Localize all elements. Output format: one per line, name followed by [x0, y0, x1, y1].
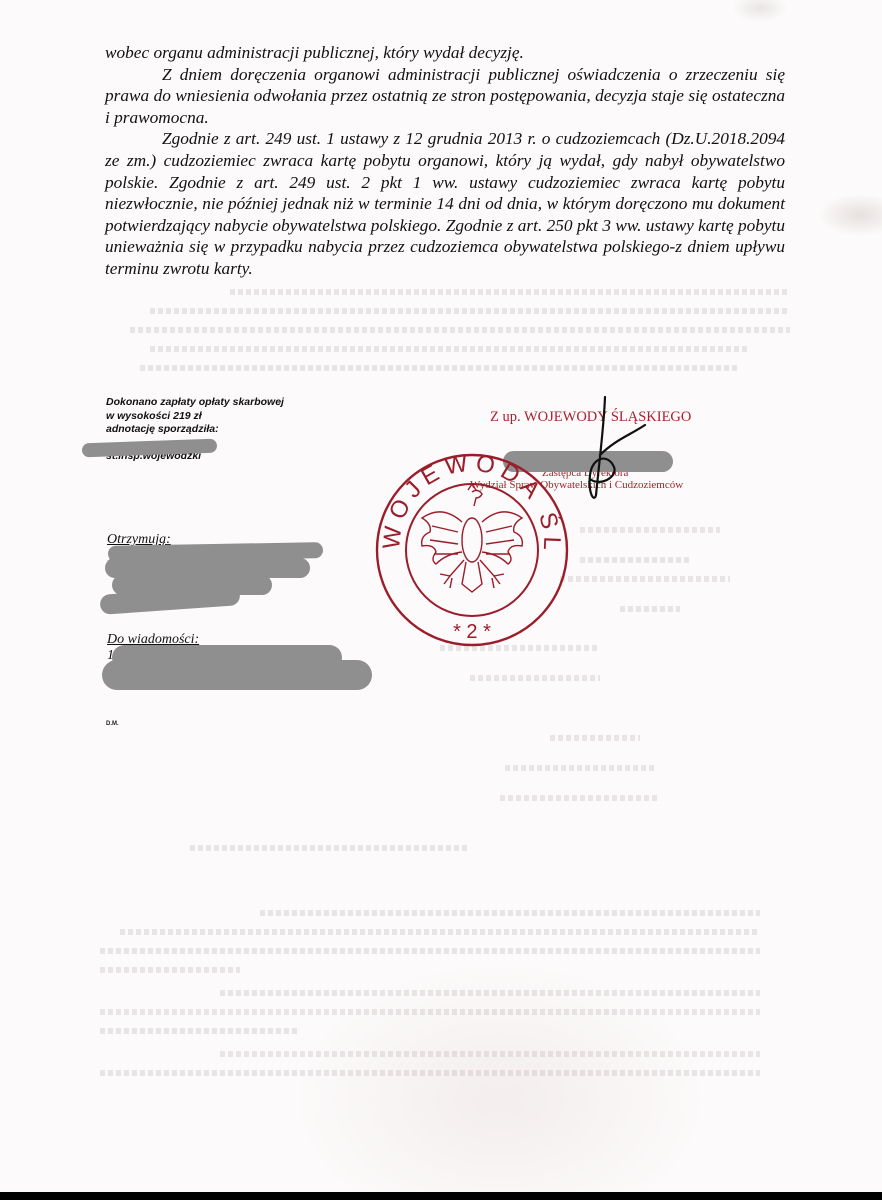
decision-body-text: wobec organu administracji publicznej, k… [105, 42, 785, 280]
bleed-through-block-fields [440, 638, 740, 857]
bleed-through-block-middle [560, 520, 860, 629]
paragraph-1: wobec organu administracji publicznej, k… [105, 42, 785, 64]
bleed-through-block-bottom [100, 903, 820, 1082]
fee-line-3: adnotację sporządziła: [106, 423, 284, 437]
author-initials: D.M. [106, 721, 119, 727]
paragraph-residence-card: Zgodnie z art. 249 ust. 1 ustawy z 12 gr… [105, 128, 785, 279]
fee-line-1: Dokonano zapłaty opłaty skarbowej [106, 396, 284, 410]
stamp-number: * 2 * [453, 621, 491, 643]
bleed-through-block-top [110, 282, 810, 377]
paragraph-waiver: Z dniem doręczenia organowi administracj… [105, 64, 785, 129]
handwritten-signature-icon [560, 395, 650, 505]
official-stamp-icon: WOJEWODA ŚLĄSKI * 2 * [372, 440, 572, 650]
redaction-cc-1b [102, 660, 372, 690]
fee-line-2: w wysokości 219 zł [106, 410, 284, 424]
eagle-emblem-icon [422, 484, 523, 592]
scanned-page: wobec organu administracji publicznej, k… [0, 0, 882, 1192]
bottom-edge-bar [0, 1192, 882, 1200]
